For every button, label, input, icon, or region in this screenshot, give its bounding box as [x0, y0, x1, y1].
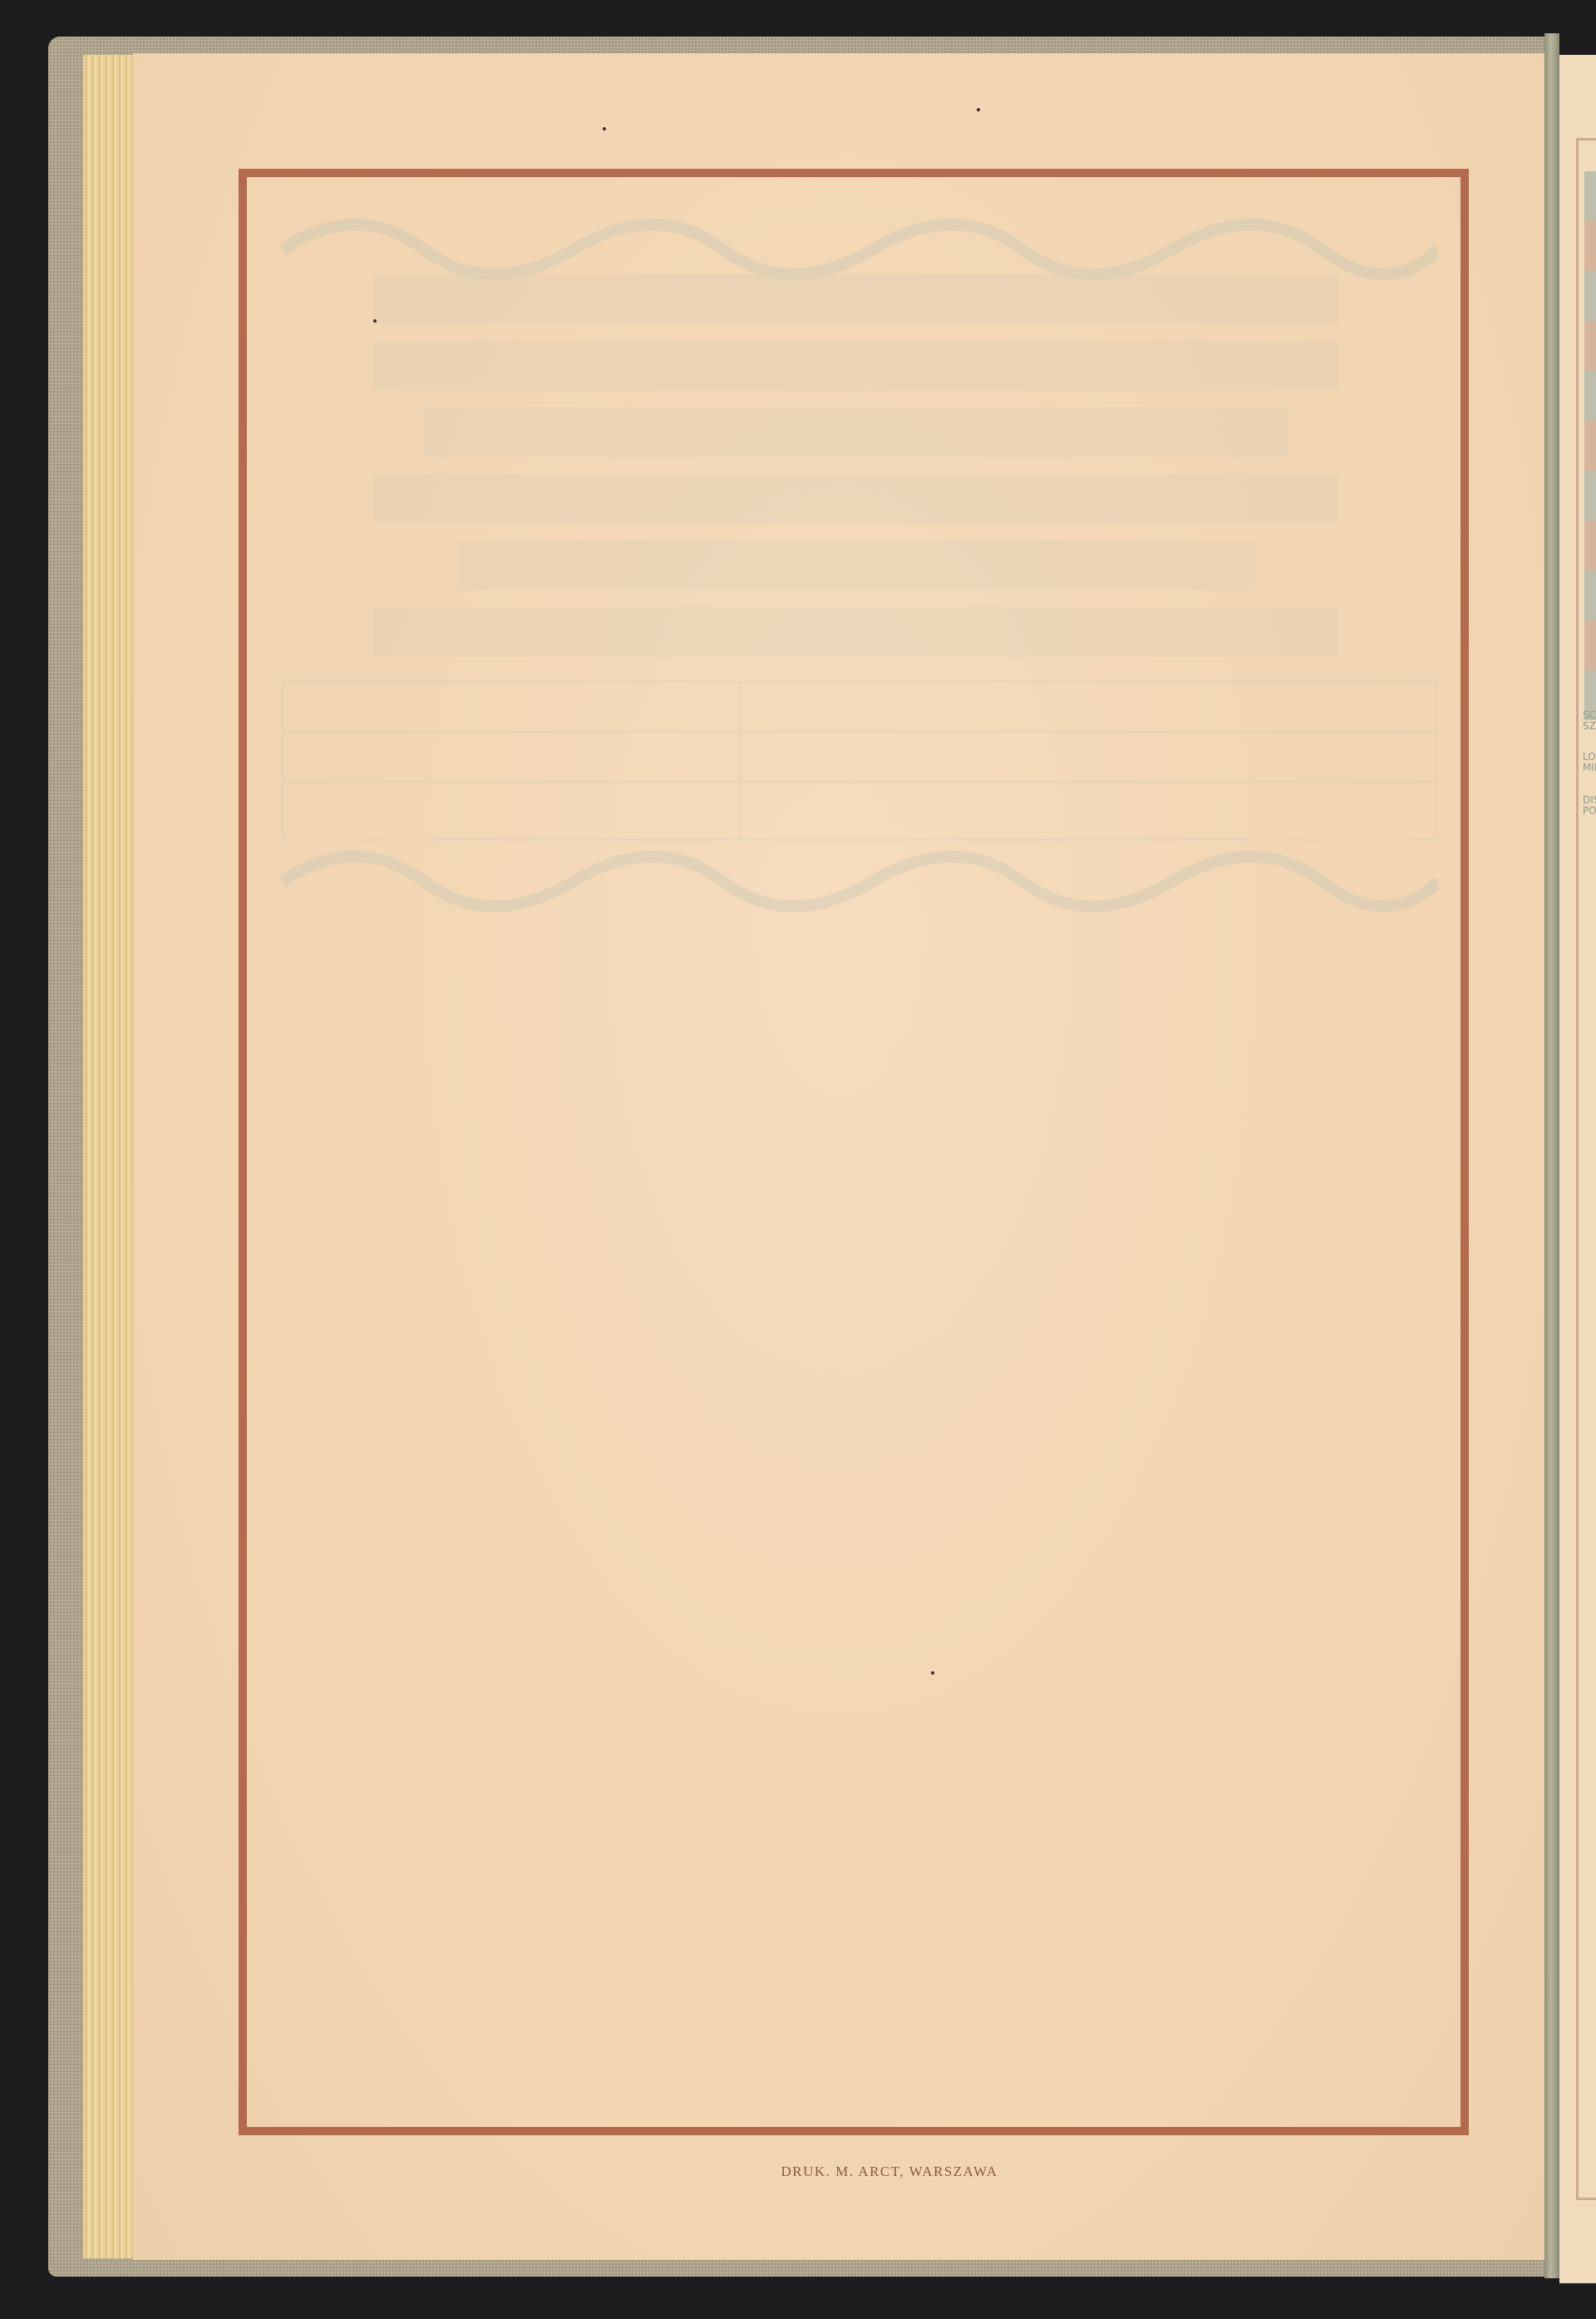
- facing-label-szkola: SZKOŁ: [1583, 721, 1596, 732]
- page-edges: [83, 55, 135, 2258]
- facing-page-ornament: [1584, 171, 1596, 720]
- decorative-border: [239, 169, 1469, 2135]
- paper-speck: [603, 127, 606, 131]
- facing-label-pow: POW: [1583, 806, 1596, 817]
- paper-speck: [977, 108, 980, 111]
- facing-page-edge: SCHOO SZKOŁ LOCAL MIEJS DISTR POW: [1559, 55, 1596, 2283]
- imprint-text: DRUK. M. ARCT, WARSZAWA: [781, 2164, 997, 2179]
- book-gutter: [1544, 33, 1559, 2278]
- facing-label-miejsc: MIEJS: [1583, 762, 1596, 773]
- printer-imprint: DRUK. M. ARCT, WARSZAWA: [0, 2164, 1596, 2180]
- paper-speck: [931, 1671, 934, 1675]
- paper-speck: [373, 319, 377, 323]
